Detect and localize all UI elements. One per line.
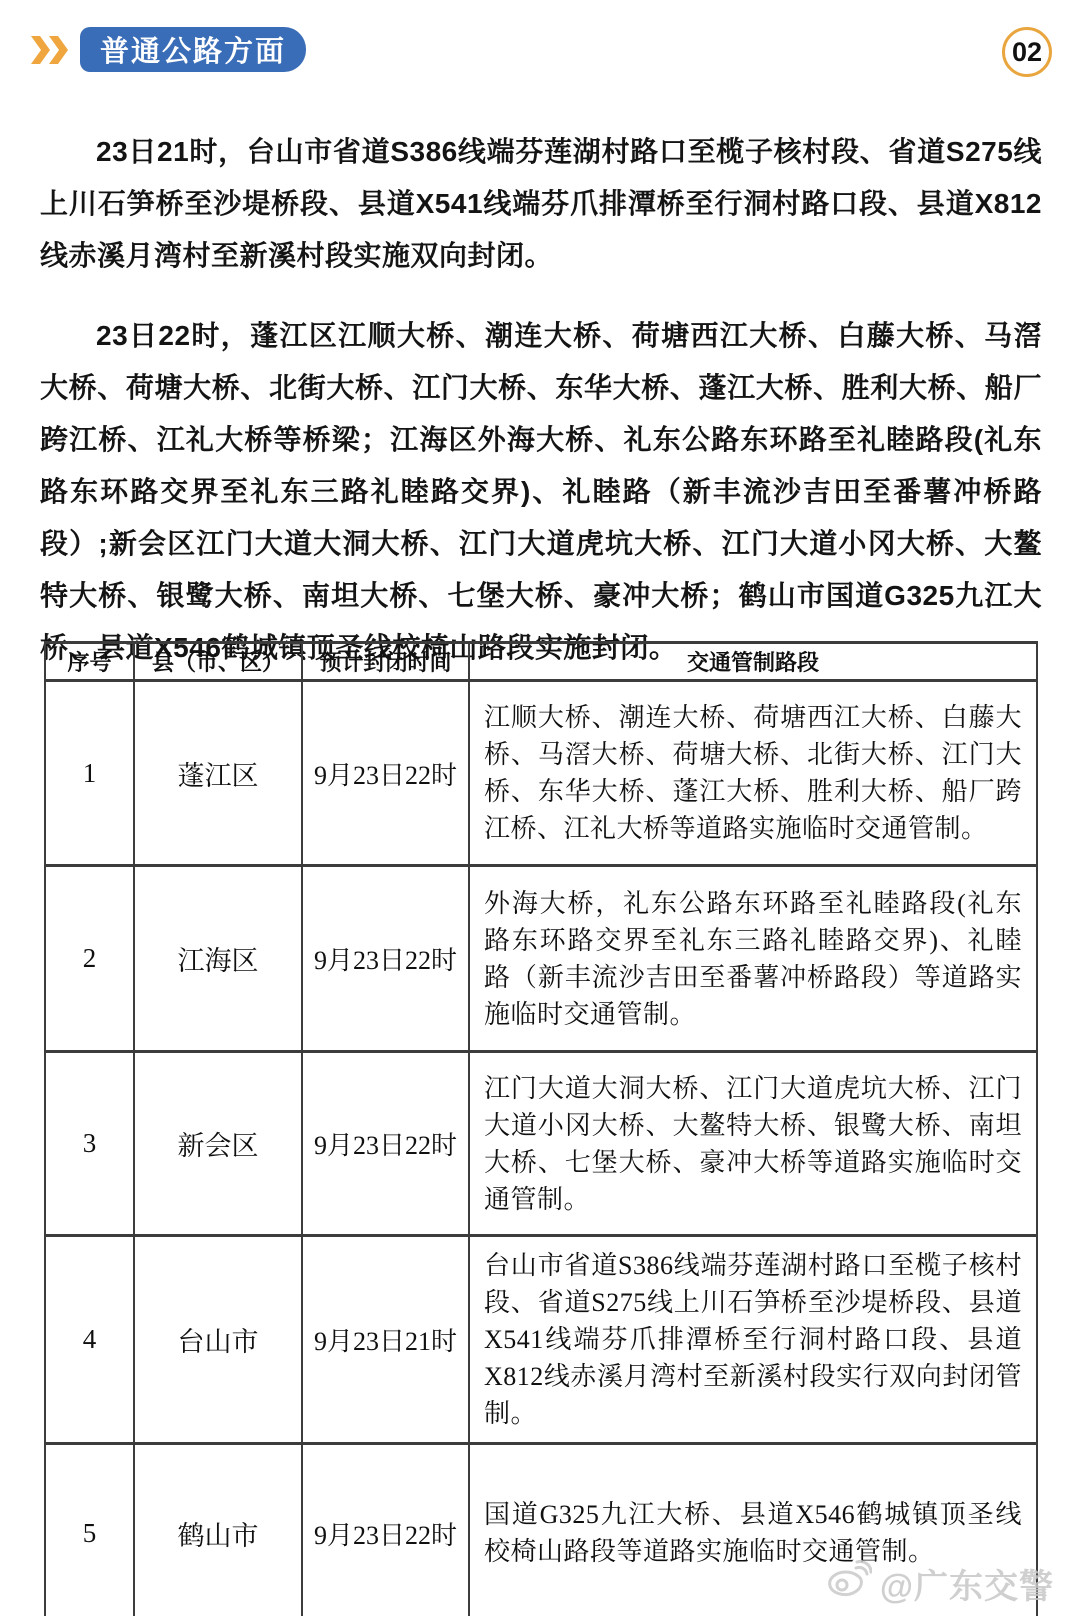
cell-roads: 外海大桥，礼东公路东环路至礼睦路段(礼东路东环路交界至礼东三路礼睦路交界)、礼睦… xyxy=(469,866,1037,1052)
paragraph-closure-bridges: 23日22时，蓬江区江顺大桥、潮连大桥、荷塘西江大桥、白藤大桥、马滘大桥、荷塘大… xyxy=(40,310,1042,674)
cell-time: 9月23日22时 xyxy=(302,681,469,866)
table-row: 4 台山市 9月23日21时 台山市省道S386线端芬莲湖村路口至榄子核村段、省… xyxy=(45,1236,1037,1444)
cell-roads: 台山市省道S386线端芬莲湖村路口至榄子核村段、省道S275线上川石笋桥至沙堤桥… xyxy=(469,1236,1037,1444)
cell-district: 江海区 xyxy=(134,866,302,1052)
cell-index: 5 xyxy=(45,1444,134,1616)
cell-roads: 江顺大桥、潮连大桥、荷塘西江大桥、白藤大桥、马滘大桥、荷塘大桥、北街大桥、江门大… xyxy=(469,681,1037,866)
cell-district: 蓬江区 xyxy=(134,681,302,866)
cell-district: 台山市 xyxy=(134,1236,302,1444)
notice-body: 23日21时，台山市省道S386线端芬莲湖村路口至榄子核村段、省道S275线上川… xyxy=(40,126,1042,702)
cell-district: 新会区 xyxy=(134,1052,302,1236)
section-title: 普通公路方面 xyxy=(100,29,286,70)
closure-table: 序号 县（市、区） 预计封闭时间 交通管制路段 1 蓬江区 9月23日22时 江… xyxy=(44,641,1038,1616)
cell-index: 2 xyxy=(45,866,134,1052)
cell-time: 9月23日22时 xyxy=(302,1444,469,1616)
cell-index: 3 xyxy=(45,1052,134,1236)
col-header-district: 县（市、区） xyxy=(134,643,302,681)
col-header-time: 预计封闭时间 xyxy=(302,643,469,681)
watermark: @广东交警 xyxy=(826,1559,1054,1608)
table-row: 1 蓬江区 9月23日22时 江顺大桥、潮连大桥、荷塘西江大桥、白藤大桥、马滘大… xyxy=(45,681,1037,866)
cell-district: 鹤山市 xyxy=(134,1444,302,1616)
cell-roads: 江门大道大洞大桥、江门大道虎坑大桥、江门大道小冈大桥、大鳌特大桥、银鹭大桥、南坦… xyxy=(469,1052,1037,1236)
cell-time: 9月23日21时 xyxy=(302,1236,469,1444)
page-number-badge: 02 xyxy=(1002,27,1052,77)
weibo-icon xyxy=(826,1559,872,1608)
col-header-roads: 交通管制路段 xyxy=(469,643,1037,681)
double-chevron-icon xyxy=(28,32,72,68)
col-header-index: 序号 xyxy=(45,643,134,681)
cell-time: 9月23日22时 xyxy=(302,1052,469,1236)
table-row: 3 新会区 9月23日22时 江门大道大洞大桥、江门大道虎坑大桥、江门大道小冈大… xyxy=(45,1052,1037,1236)
table-header-row: 序号 县（市、区） 预计封闭时间 交通管制路段 xyxy=(45,643,1037,681)
cell-index: 1 xyxy=(45,681,134,866)
cell-time: 9月23日22时 xyxy=(302,866,469,1052)
watermark-text: @广东交警 xyxy=(880,1559,1054,1608)
section-title-badge: 普通公路方面 xyxy=(80,27,306,72)
paragraph-closure-taishan: 23日21时，台山市省道S386线端芬莲湖村路口至榄子核村段、省道S275线上川… xyxy=(40,126,1042,282)
page-number: 02 xyxy=(1012,37,1042,68)
cell-index: 4 xyxy=(45,1236,134,1444)
table-row: 2 江海区 9月23日22时 外海大桥，礼东公路东环路至礼睦路段(礼东路东环路交… xyxy=(45,866,1037,1052)
